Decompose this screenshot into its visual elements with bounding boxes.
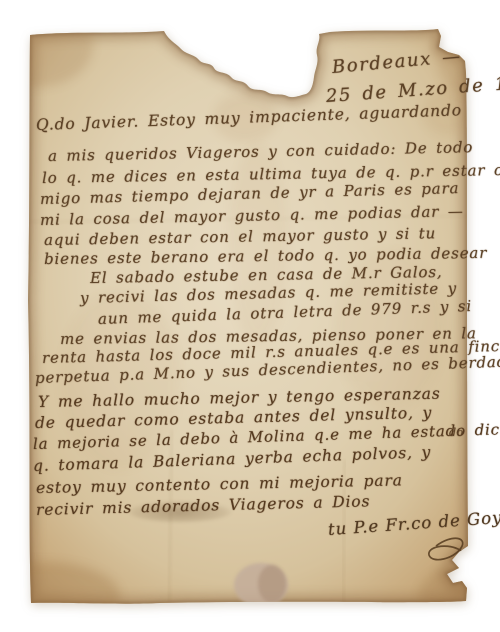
goya-signature: tu P.e Fr.co de Goya [327,507,500,539]
ink-blot [128,501,232,522]
superscript-do: do [449,426,464,439]
letter-text: Bordeaux — 25 de M.zo de 1828 Q.do Javie… [0,0,500,632]
handwritten-line: Q.do Javier. Estoy muy impaciente, aguar… [36,101,463,134]
letter-place: Bordeaux — [331,46,462,78]
handwritten-line: a mis queridos Viageros y con cuidado: D… [48,138,474,165]
letter-photograph: Bordeaux — 25 de M.zo de 1828 Q.do Javie… [0,0,500,632]
